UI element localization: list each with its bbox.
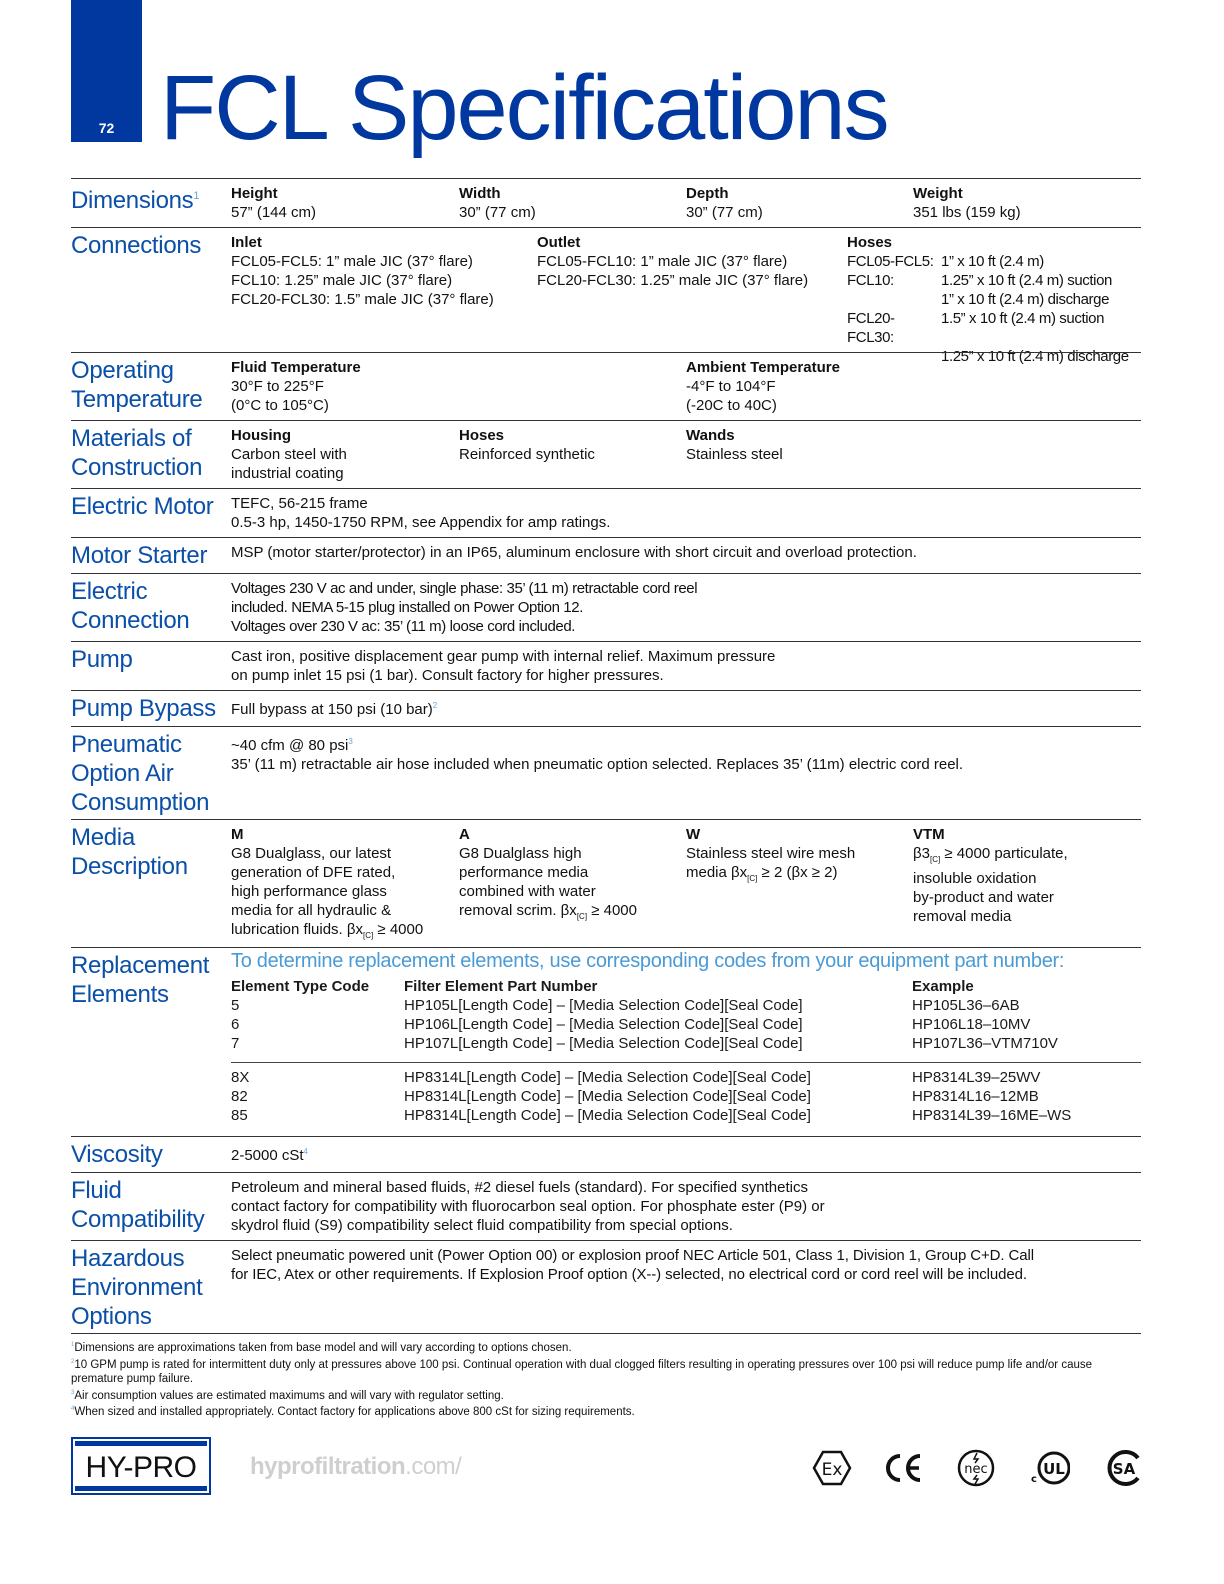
section-label: Pump Bypass	[71, 694, 226, 723]
page-title: FCL Specifications	[160, 62, 888, 154]
spec-text: Full bypass at 150 psi (10 bar)2	[231, 696, 437, 719]
spec-text: TEFC, 56-215 frame 0.5-3 hp, 1450-1750 R…	[231, 494, 610, 532]
spec-viscosity: Viscosity 2-5000 cSt4	[71, 1136, 1141, 1172]
dim-weight: Weight351 lbs (159 kg)	[913, 184, 1021, 222]
fluid-temperature: Fluid Temperature 30°F to 225°F (0°C to …	[231, 358, 361, 415]
media-a: A G8 Dualglass high performance media co…	[459, 825, 637, 926]
section-label: Connections	[71, 231, 226, 260]
divider	[231, 1062, 1141, 1063]
spec-media: MediaDescription M G8 Dualglass, our lat…	[71, 819, 1141, 948]
table-row: 7HP107L[Length Code] – [Media Selection …	[231, 1034, 1058, 1053]
dim-depth: Depth30” (77 cm)	[686, 184, 763, 222]
spec-text: Petroleum and mineral based fluids, #2 d…	[231, 1178, 825, 1235]
spec-fluid-compatibility: FluidCompatibility Petroleum and mineral…	[71, 1172, 1141, 1240]
footnotes: 1Dimensions are approximations taken fro…	[71, 1338, 1141, 1419]
dim-width: Width30” (77 cm)	[459, 184, 536, 222]
svg-text:UL: UL	[1043, 1460, 1065, 1478]
spec-hazardous-environment: HazardousEnvironmentOptions Select pneum…	[71, 1240, 1141, 1334]
svg-text:Ex: Ex	[822, 1460, 843, 1480]
spec-electric-motor: Electric Motor TEFC, 56-215 frame 0.5-3 …	[71, 488, 1141, 537]
media-m: M G8 Dualglass, our latest generation of…	[231, 825, 423, 945]
csa-icon: SA	[1104, 1448, 1144, 1488]
material-housing: Housing Carbon steel with industrial coa…	[231, 426, 347, 483]
hypro-logo: HY-PRO	[71, 1437, 211, 1495]
spec-connections: Connections Inlet FCL05-FCL5: 1” male JI…	[71, 227, 1141, 352]
page-number: 72	[71, 120, 142, 136]
material-hoses: Hoses Reinforced synthetic	[459, 426, 595, 464]
media-w: W Stainless steel wire mesh media βx[C] …	[686, 825, 855, 888]
page-number-tab: 72	[71, 0, 142, 142]
section-label: ElectricConnection	[71, 577, 226, 635]
footnote: 1Dimensions are approximations taken fro…	[71, 1338, 1141, 1355]
spec-text: 2-5000 cSt4	[231, 1142, 308, 1165]
spec-pneumatic-air: PneumaticOption AirConsumption ~40 cfm @…	[71, 726, 1141, 819]
spec-text: Cast iron, positive displacement gear pu…	[231, 647, 775, 685]
section-label: Materials ofConstruction	[71, 424, 226, 482]
cul-icon: c UL	[1030, 1448, 1070, 1488]
spec-operating-temperature: OperatingTemperature Fluid Temperature 3…	[71, 352, 1141, 420]
spec-materials: Materials ofConstruction Housing Carbon …	[71, 420, 1141, 488]
spec-replacement-elements: ReplacementElements To determine replace…	[71, 947, 1141, 1136]
conn-hoses: Hoses FCL05-FCL5:1” x 10 ft (2.4 m) FCL1…	[847, 233, 1129, 366]
svg-text:SA: SA	[1113, 1460, 1136, 1478]
dim-height: Height57” (144 cm)	[231, 184, 316, 222]
replacement-intro: To determine replacement elements, use c…	[231, 950, 1064, 973]
table-header: Element Type CodeFilter Element Part Num…	[231, 977, 1058, 996]
table-row: 5HP105L[Length Code] – [Media Selection …	[231, 996, 1058, 1015]
media-vtm: VTM β3[C] ≥ 4000 particulate, insoluble …	[913, 825, 1068, 926]
section-label: Dimensions1	[71, 182, 226, 215]
footnote: 210 GPM pump is rated for intermittent d…	[71, 1355, 1141, 1386]
footnote: 3Air consumption values are estimated ma…	[71, 1386, 1141, 1403]
spec-dimensions: Dimensions1 Height57” (144 cm) Width30” …	[71, 178, 1141, 227]
section-label: FluidCompatibility	[71, 1176, 226, 1234]
spec-pump-bypass: Pump Bypass Full bypass at 150 psi (10 b…	[71, 690, 1141, 726]
table-row: 6HP106L[Length Code] – [Media Selection …	[231, 1015, 1058, 1034]
replacement-table-group1: Element Type CodeFilter Element Part Num…	[231, 977, 1058, 1053]
ce-mark-icon	[884, 1448, 924, 1488]
spec-text: MSP (motor starter/protector) in an IP65…	[231, 543, 917, 562]
table-row: 8XHP8314L[Length Code] – [Media Selectio…	[231, 1068, 1071, 1087]
spec-text: Voltages 230 V ac and under, single phas…	[231, 579, 697, 636]
section-label: Electric Motor	[71, 492, 226, 521]
svg-text:c: c	[1031, 1474, 1037, 1485]
spec-motor-starter: Motor Starter MSP (motor starter/protect…	[71, 537, 1141, 573]
footnote: 4When sized and installed appropriately.…	[71, 1402, 1141, 1419]
spec-pump: Pump Cast iron, positive displacement ge…	[71, 641, 1141, 690]
section-label: Motor Starter	[71, 541, 226, 570]
section-label: PneumaticOption AirConsumption	[71, 730, 226, 817]
table-row: 82HP8314L[Length Code] – [Media Selectio…	[231, 1087, 1071, 1106]
conn-inlet: Inlet FCL05-FCL5: 1” male JIC (37° flare…	[231, 233, 494, 309]
spec-electric-connection: ElectricConnection Voltages 230 V ac and…	[71, 573, 1141, 641]
section-label: MediaDescription	[71, 823, 226, 881]
ambient-temperature: Ambient Temperature -4°F to 104°F (-20C …	[686, 358, 840, 415]
svg-text:nec: nec	[964, 1462, 987, 1477]
conn-outlet: Outlet FCL05-FCL10: 1” male JIC (37° fla…	[537, 233, 808, 290]
section-label: ReplacementElements	[71, 951, 226, 1009]
material-wands: Wands Stainless steel	[686, 426, 783, 464]
section-label: HazardousEnvironmentOptions	[71, 1244, 226, 1331]
website-link[interactable]: hyprofiltration.com/	[250, 1453, 461, 1481]
spec-text: ~40 cfm @ 80 psi3 35’ (11 m) retractable…	[231, 732, 963, 774]
section-label: Pump	[71, 645, 226, 674]
replacement-table-group2: 8XHP8314L[Length Code] – [Media Selectio…	[231, 1068, 1071, 1125]
section-label: Viscosity	[71, 1140, 226, 1169]
table-row: 85HP8314L[Length Code] – [Media Selectio…	[231, 1106, 1071, 1125]
nec-icon: nec	[956, 1448, 996, 1488]
ex-atex-icon: Ex	[812, 1448, 852, 1488]
section-label: OperatingTemperature	[71, 356, 226, 414]
spec-text: Select pneumatic powered unit (Power Opt…	[231, 1246, 1034, 1284]
